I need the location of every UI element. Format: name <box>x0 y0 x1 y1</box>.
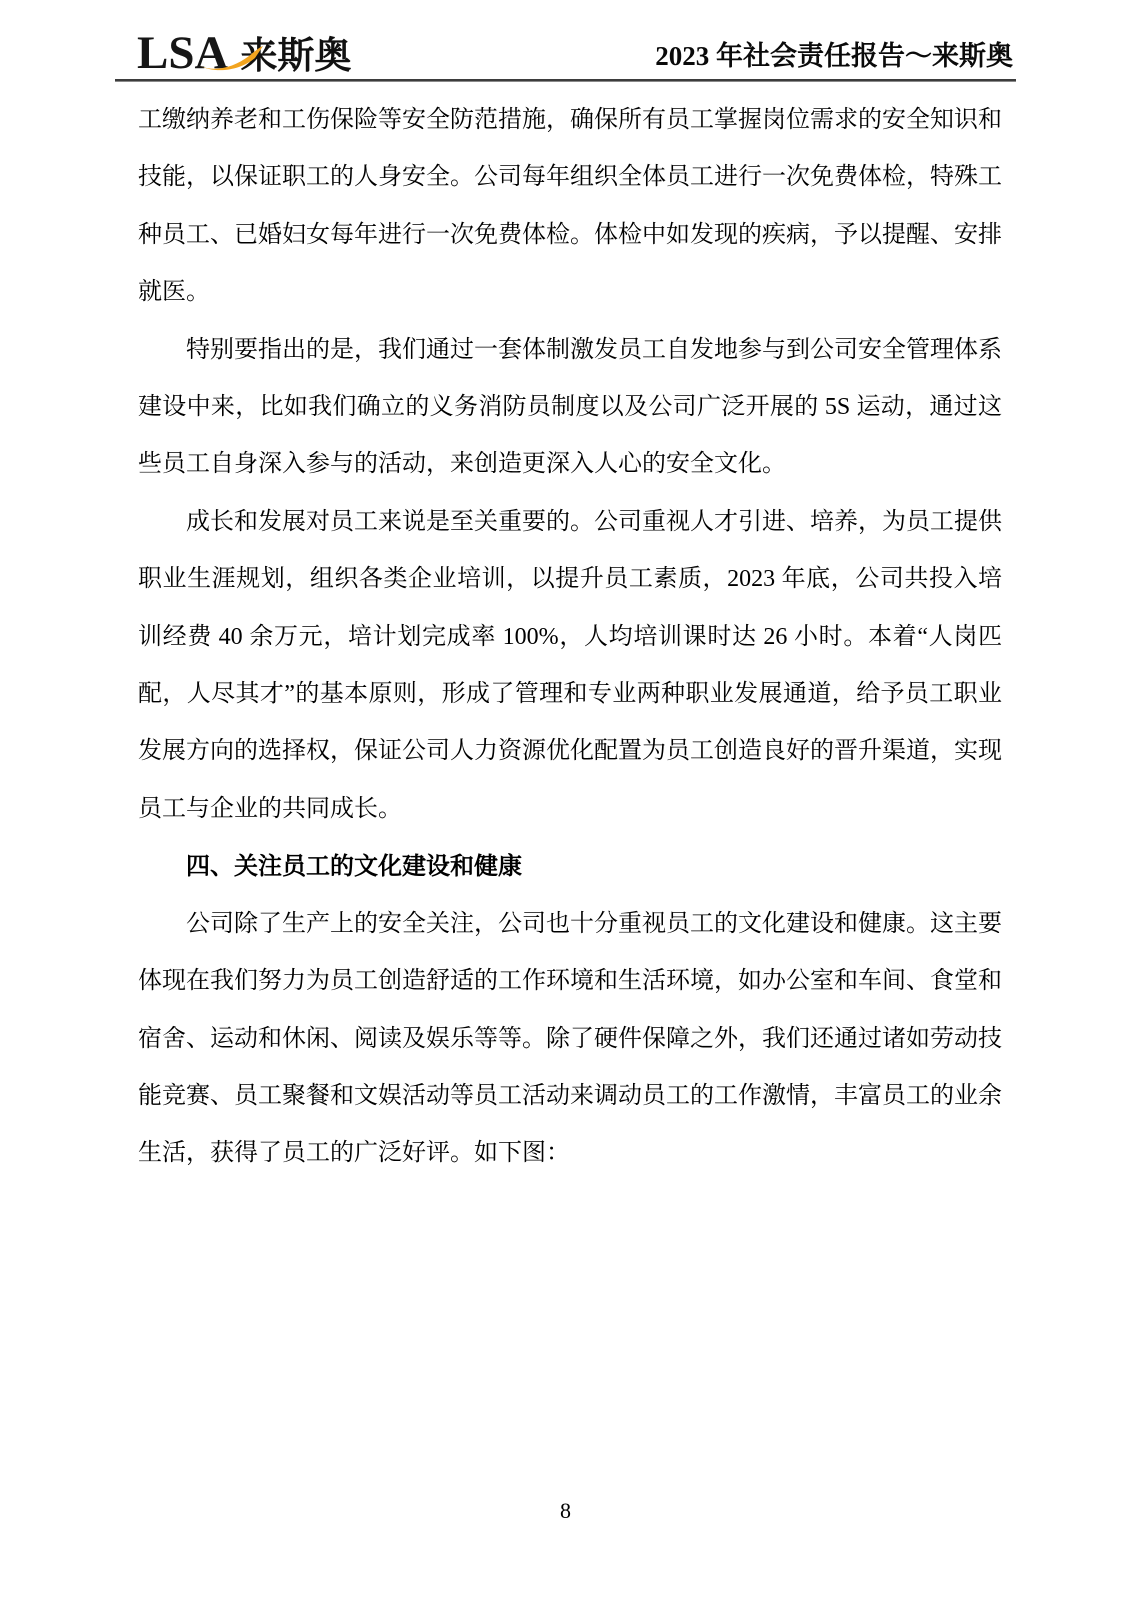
body-paragraph: 成长和发展对员工来说是至关重要的。公司重视人才引进、培养，为员工提供职业生涯规划… <box>138 494 1002 838</box>
body-paragraph: 工缴纳养老和工伤保险等安全防范措施，确保所有员工掌握岗位需求的安全知识和技能，以… <box>138 92 1002 322</box>
section-heading: 四、关注员工的文化建设和健康 <box>138 838 1002 895</box>
body-paragraph: 特别要指出的是，我们通过一套体制激发员工自发地参与到公司安全管理体系建设中来，比… <box>138 322 1002 494</box>
page-footer: 8 <box>0 1498 1131 1524</box>
document-page: LSA 来斯奥 2023 年社会责任报告～来斯奥 工缴纳养老和工伤保险等安全防范… <box>0 0 1131 1600</box>
page-header: LSA 来斯奥 2023 年社会责任报告～来斯奥 <box>0 0 1131 84</box>
report-title: 2023 年社会责任报告～来斯奥 <box>655 42 1013 72</box>
logo-chinese-label: 来斯奥 <box>240 37 351 74</box>
header-divider <box>115 79 1016 82</box>
logo-latin-text: LSA <box>137 30 228 77</box>
body-paragraph: 公司除了生产上的安全关注，公司也十分重视员工的文化建设和健康。这主要体现在我们努… <box>138 896 1002 1183</box>
logo-lsa-label: LSA <box>137 27 228 79</box>
company-logo: LSA 来斯奥 <box>137 30 351 77</box>
page-number: 8 <box>560 1498 571 1523</box>
document-body: 工缴纳养老和工伤保险等安全防范措施，确保所有员工掌握岗位需求的安全知识和技能，以… <box>138 92 1002 1183</box>
